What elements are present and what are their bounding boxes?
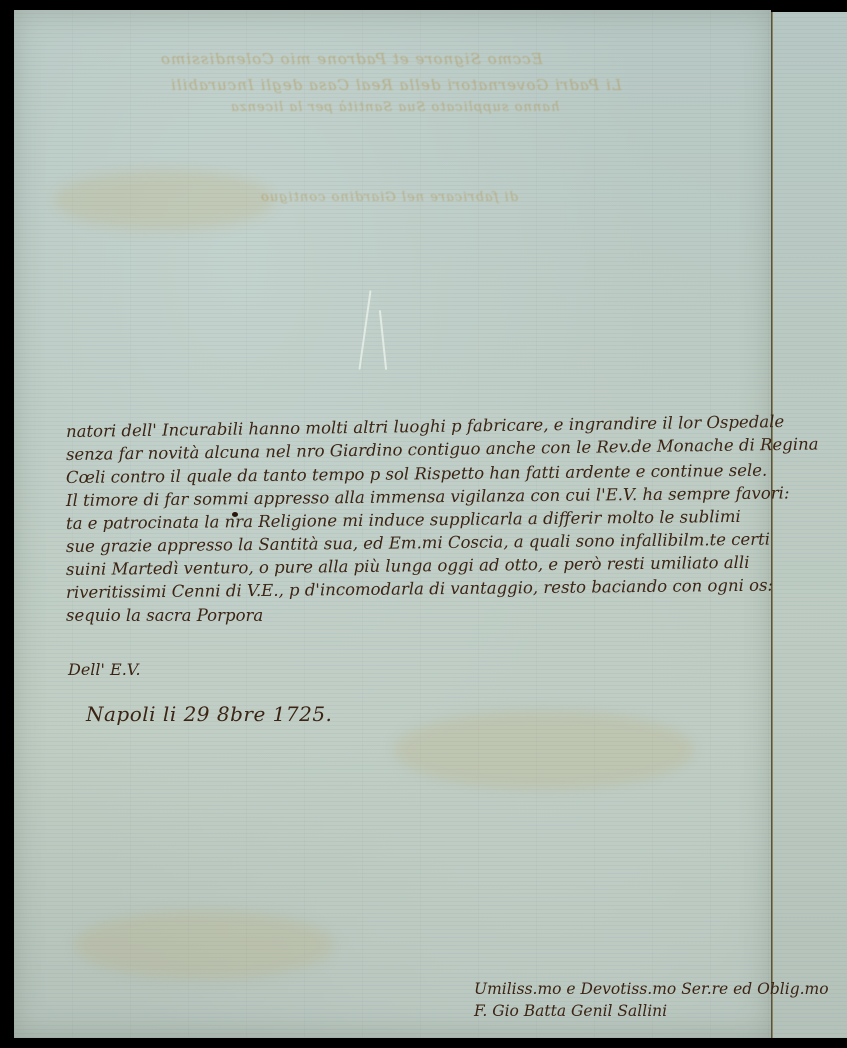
paper-crease (358, 290, 371, 369)
signature-block: Umiliss.mo e Devotiss.mo Ser.re ed Oblig… (474, 978, 829, 1022)
ink-blot (232, 512, 238, 517)
letter-dateline: Napoli li 29 8bre 1725. (86, 702, 332, 726)
letter-body: natori dell' Incurabili hanno molti altr… (66, 420, 786, 627)
paper-stain (394, 710, 694, 790)
bleed-through-text: Eccmo Signore et Padrone mio Colendissim… (160, 50, 543, 68)
paper-stain (54, 170, 274, 230)
bleed-through-text: Li Padri Governatori della Real Casa deg… (170, 76, 622, 94)
paper-stain (74, 910, 334, 980)
signature-line-2: F. Gio Batta Genil Sallini (474, 1000, 829, 1022)
paper-crease (379, 310, 387, 370)
letter-closing: Dell' E.V. (68, 660, 141, 679)
bleed-through-text: hanno supplicato Sua Santità per la lice… (230, 100, 559, 115)
bleed-through-text: di fabricare nel Giardino contiguo (260, 190, 518, 205)
letter-line: sequio la sacra Porpora (66, 604, 786, 627)
signature-line-1: Umiliss.mo e Devotiss.mo Ser.re ed Oblig… (474, 978, 829, 1000)
